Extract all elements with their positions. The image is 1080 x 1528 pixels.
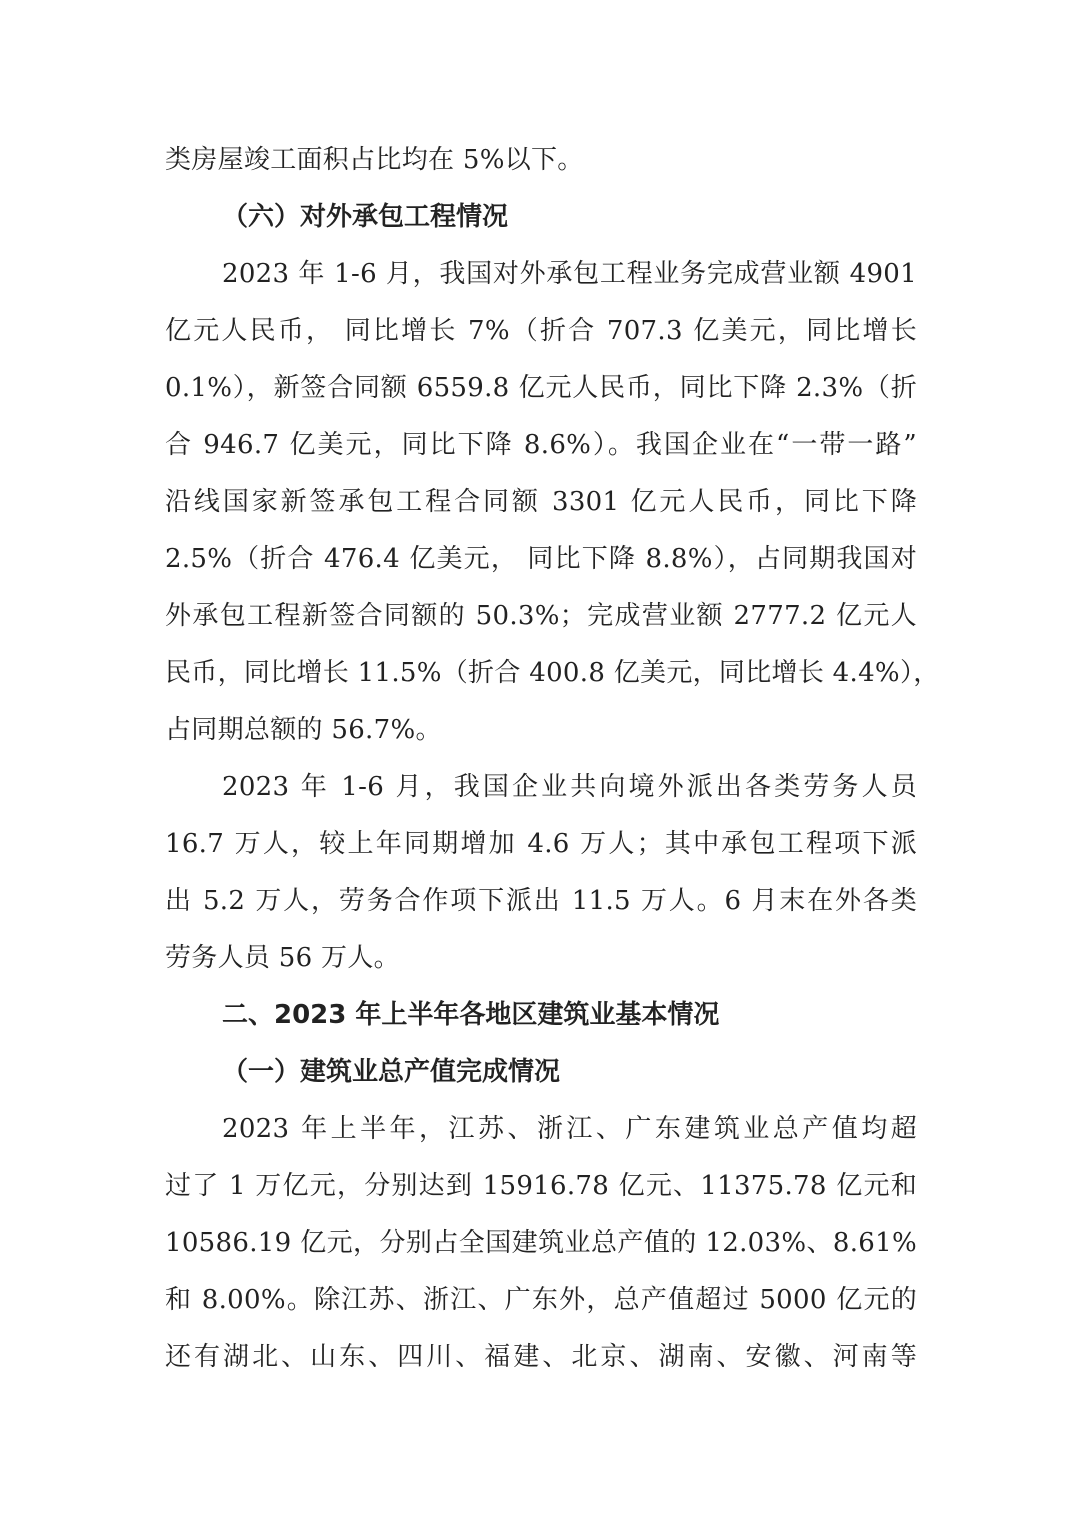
section-heading-overseas-contracting: （六）对外承包工程情况 <box>165 189 917 246</box>
section-heading-total-output: （一）建筑业总产值完成情况 <box>165 1044 917 1101</box>
text-line: 过了 1 万亿元，分别达到 15916.78 亿元、11375.78 亿元和 <box>165 1158 917 1215</box>
text-line: 出 5.2 万人，劳务合作项下派出 11.5 万人。6 月末在外各类 <box>165 873 917 930</box>
text-line: 和 8.00%。除江苏、浙江、广东外，总产值超过 5000 亿元的 <box>165 1272 917 1329</box>
text-line: 2023 年上半年，江苏、浙江、广东建筑业总产值均超 <box>165 1101 917 1158</box>
paragraph-total-output: 2023 年上半年，江苏、浙江、广东建筑业总产值均超 过了 1 万亿元，分别达到… <box>165 1101 917 1386</box>
text-line: 2023 年 1-6 月，我国对外承包工程业务完成营业额 4901 <box>165 246 917 303</box>
text-line: 10586.19 亿元，分别占全国建筑业总产值的 12.03%、8.61% <box>165 1215 917 1272</box>
paragraph-intro-tail: 类房屋竣工面积占比均在 5%以下。 <box>165 132 917 189</box>
text-line: 0.1%），新签合同额 6559.8 亿元人民币，同比下降 2.3%（折 <box>165 360 917 417</box>
text-line: 沿线国家新签承包工程合同额 3301 亿元人民币，同比下降 <box>165 474 917 531</box>
text-line: 2023 年 1-6 月，我国企业共向境外派出各类劳务人员 <box>165 759 917 816</box>
text-line: 2.5%（折合 476.4 亿美元， 同比下降 8.8%），占同期我国对 <box>165 531 917 588</box>
text-line: 类房屋竣工面积占比均在 5%以下。 <box>165 132 917 189</box>
paragraph-labor-dispatch: 2023 年 1-6 月，我国企业共向境外派出各类劳务人员 16.7 万人，较上… <box>165 759 917 987</box>
text-line: 外承包工程新签合同额的 50.3%；完成营业额 2777.2 亿元人 <box>165 588 917 645</box>
document-page: 类房屋竣工面积占比均在 5%以下。 （六）对外承包工程情况 2023 年 1-6… <box>165 132 917 1386</box>
text-line: 还有湖北、山东、四川、福建、北京、湖南、安徽、河南等 <box>165 1329 917 1386</box>
paragraph-overseas-revenue: 2023 年 1-6 月，我国对外承包工程业务完成营业额 4901 亿元人民币，… <box>165 246 917 759</box>
text-line: 占同期总额的 56.7%。 <box>165 702 917 759</box>
text-line: 劳务人员 56 万人。 <box>165 930 917 987</box>
text-line: 16.7 万人，较上年同期增加 4.6 万人；其中承包工程项下派 <box>165 816 917 873</box>
part-heading-regional-construction: 二、2023 年上半年各地区建筑业基本情况 <box>165 987 917 1044</box>
text-line: 亿元人民币， 同比增长 7%（折合 707.3 亿美元，同比增长 <box>165 303 917 360</box>
text-line: 合 946.7 亿美元，同比下降 8.6%）。我国企业在“一带一路” <box>165 417 917 474</box>
text-line: 民币，同比增长 11.5%（折合 400.8 亿美元，同比增长 4.4%）， <box>165 645 917 702</box>
